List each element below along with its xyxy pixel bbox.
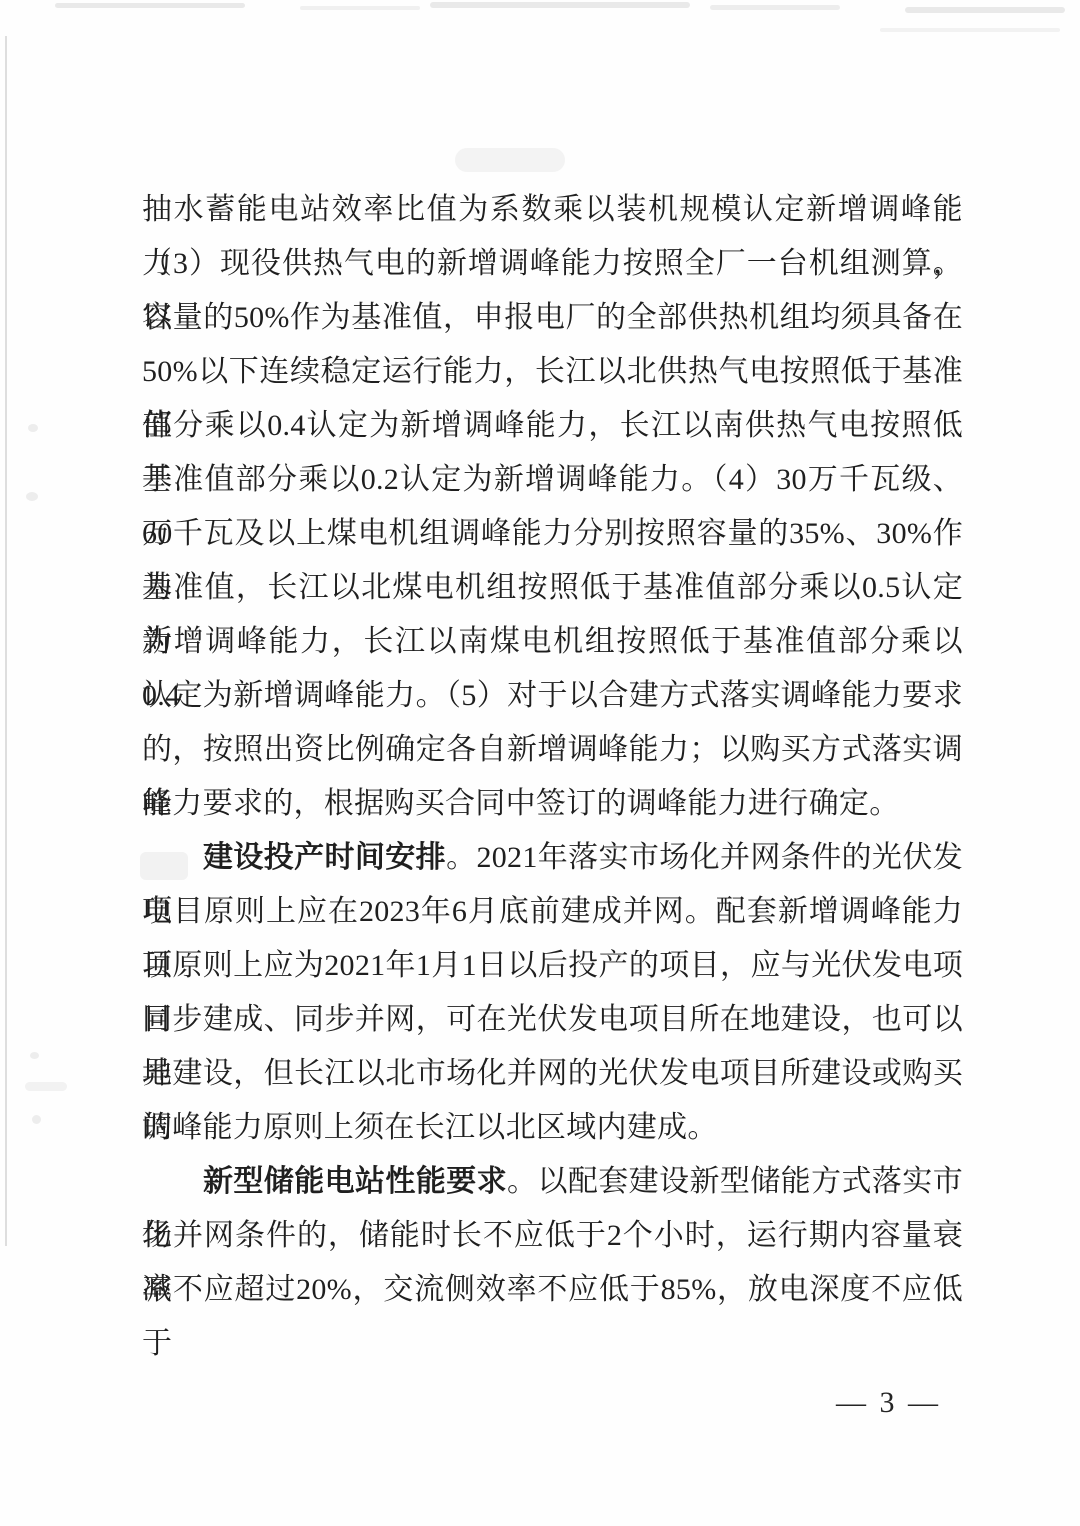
text-line: 能力要求的，根据购买合同中签订的调峰能力进行确定。: [142, 777, 963, 831]
text-line: 基准值部分乘以0.2认定为新增调峰能力。（4）30万千瓦级、60: [142, 453, 963, 507]
text-line: 容量的50%作为基准值，申报电厂的全部供热机组均须具备在: [142, 291, 963, 345]
scan-smudge: [28, 424, 38, 432]
scan-smudge: [32, 1115, 41, 1124]
scan-artifact: [430, 2, 690, 8]
bold-run: 新型储能电站性能要求: [203, 1165, 507, 1198]
text-line: 同步建成、同步并网，可在光伏发电项目所在地建设，也可以异: [142, 993, 963, 1047]
scanned-document-page: 抽水蓄能电站效率比值为系数乘以装机规模认定新增调峰能力。（3）现役供热气电的新增…: [0, 0, 1080, 1526]
text-line: 新增调峰能力，长江以南煤电机组按照低于基准值部分乘以0.4: [142, 615, 963, 669]
text-line: 化并网条件的，储能时长不应低于2个小时，运行期内容量衰减: [142, 1209, 963, 1263]
scan-artifact: [880, 28, 1060, 32]
text-line: 新型储能电站性能要求。以配套建设新型储能方式落实市场: [142, 1155, 963, 1209]
scan-smudge: [26, 492, 38, 501]
text-line: 基准值，长江以北煤电机组按照低于基准值部分乘以0.5认定为: [142, 561, 963, 615]
text-line: 认定为新增调峰能力。（5）对于以合建方式落实调峰能力要求: [142, 669, 963, 723]
text-line: 50%以下连续稳定运行能力，长江以北供热气电按照低于基准值: [142, 345, 963, 399]
scan-artifact: [55, 3, 245, 8]
text-line: 部分乘以0.4认定为新增调峰能力，长江以南供热气电按照低于: [142, 399, 963, 453]
text-line: 建设投产时间安排。2021年落实市场化并网条件的光伏发电: [142, 831, 963, 885]
page-number: — 3 —: [836, 1386, 941, 1419]
scan-artifact: [710, 5, 840, 10]
text-line: 万千瓦及以上煤电机组调峰能力分别按照容量的35%、30%作为: [142, 507, 963, 561]
text-line: 调峰能力原则上须在长江以北区域内建成。: [142, 1101, 963, 1155]
scan-smudge: [455, 148, 565, 172]
scan-artifact: [905, 7, 1065, 13]
text-line: 目原则上应为2021年1月1日以后投产的项目，应与光伏发电项目: [142, 939, 963, 993]
scan-artifact: [300, 6, 420, 10]
text-line: 抽水蓄能电站效率比值为系数乘以装机规模认定新增调峰能力。: [142, 183, 963, 237]
bold-run: 建设投产时间安排: [203, 841, 446, 874]
scan-edge-line: [5, 36, 7, 1246]
page-footer: — 3 —: [836, 1386, 1036, 1420]
scan-smudge: [30, 1052, 39, 1059]
text-line: 的，按照出资比例确定各自新增调峰能力；以购买方式落实调峰: [142, 723, 963, 777]
scan-smudge: [25, 1082, 67, 1091]
text-line: 项目原则上应在2023年6月底前建成并网。配套新增调峰能力项: [142, 885, 963, 939]
text-line: （3）现役供热气电的新增调峰能力按照全厂一台机组测算，以: [142, 237, 963, 291]
text-line: 地建设，但长江以北市场化并网的光伏发电项目所建设或购买的: [142, 1047, 963, 1101]
text-line: 率不应超过20%，交流侧效率不应低于85%，放电深度不应低于: [142, 1263, 963, 1317]
document-body: 抽水蓄能电站效率比值为系数乘以装机规模认定新增调峰能力。（3）现役供热气电的新增…: [142, 183, 963, 1317]
